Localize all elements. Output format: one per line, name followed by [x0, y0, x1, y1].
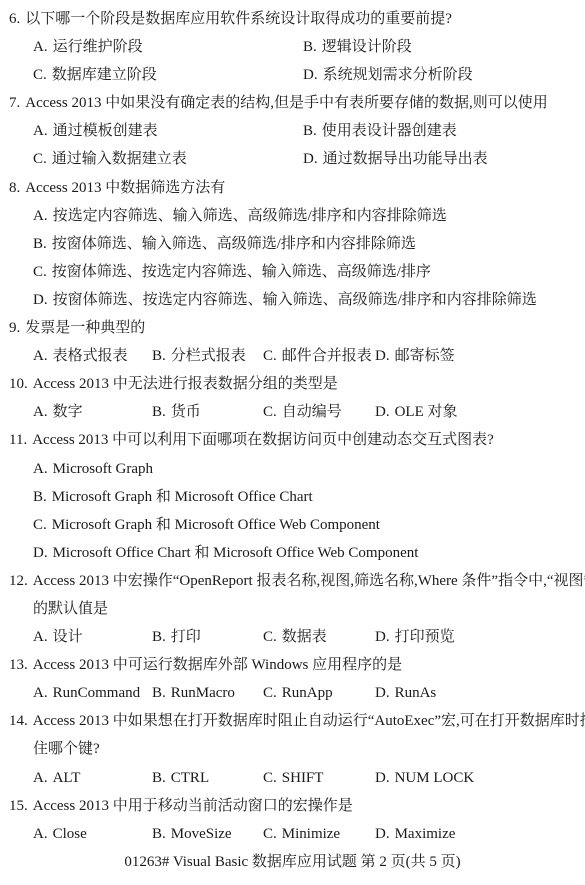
option-text: 数字: [53, 404, 83, 420]
option-text: Minimize: [282, 826, 340, 842]
option-label: A.: [33, 348, 48, 364]
question-number: 14.: [9, 713, 28, 729]
option-text: SHIFT: [282, 770, 324, 786]
question-12: 12.Access 2013 中宏操作“OpenReport 报表名称,视图,筛…: [0, 567, 585, 651]
option: A.表格式报表: [33, 342, 152, 370]
option: B.Microsoft Graph 和 Microsoft Office Cha…: [0, 483, 585, 511]
option-label: C.: [263, 404, 277, 420]
option: B.RunMacro: [152, 679, 263, 707]
question-text: Access 2013 中如果没有确定表的结构,但是手中有表所要存储的数据,则可…: [25, 95, 547, 111]
option-text: 自动编号: [282, 404, 342, 420]
question-stem: 10.Access 2013 中无法进行报表数据分组的类型是: [0, 370, 585, 398]
question-number: 7.: [9, 95, 20, 111]
option-text: 打印预览: [395, 629, 455, 645]
question-stem: 14.Access 2013 中如果想在打开数据库时阻止自动运行“AutoExe…: [0, 707, 585, 735]
question-number: 9.: [9, 320, 20, 336]
option-text: RunAs: [395, 685, 437, 701]
option-text: ALT: [53, 770, 81, 786]
question-11: 11.Access 2013 中可以利用下面哪项在数据访问页中创建动态交互式图表…: [0, 426, 585, 566]
option-label: C.: [263, 348, 277, 364]
option-label: A.: [33, 123, 48, 139]
option-text: 按窗体筛选、按选定内容筛选、输入筛选、高级筛选/排序和内容排除筛选: [53, 292, 537, 308]
option-text: RunApp: [282, 685, 333, 701]
option: B.逻辑设计阶段: [303, 33, 585, 61]
option: D.按窗体筛选、按选定内容筛选、输入筛选、高级筛选/排序和内容排除筛选: [0, 286, 585, 314]
option-text: Microsoft Graph 和 Microsoft Office Web C…: [52, 517, 380, 533]
option-text: 运行维护阶段: [53, 39, 143, 55]
question-15: 15.Access 2013 中用于移动当前活动窗口的宏操作是 A.Close …: [0, 792, 585, 848]
option: A.通过模板创建表: [33, 117, 303, 145]
question-9: 9.发票是一种典型的 A.表格式报表 B.分栏式报表 C.邮件合并报表 D.邮寄…: [0, 314, 585, 370]
question-stem: 8.Access 2013 中数据筛选方法有: [0, 174, 585, 202]
option-text: 货币: [171, 404, 201, 420]
option-label: A.: [33, 685, 48, 701]
option: B.CTRL: [152, 764, 263, 792]
option-label: B.: [33, 236, 47, 252]
question-number: 6.: [9, 11, 20, 27]
question-text: 以下哪一个阶段是数据库应用软件系统设计取得成功的重要前提?: [25, 11, 452, 27]
question-10: 10.Access 2013 中无法进行报表数据分组的类型是 A.数字 B.货币…: [0, 370, 585, 426]
question-number: 11.: [9, 432, 27, 448]
option: B.分栏式报表: [152, 342, 263, 370]
option-text: 通过模板创建表: [53, 123, 158, 139]
option: C.自动编号: [263, 398, 375, 426]
option-label: A.: [33, 208, 48, 224]
option-row: A.表格式报表 B.分栏式报表 C.邮件合并报表 D.邮寄标签: [0, 342, 585, 370]
question-7: 7.Access 2013 中如果没有确定表的结构,但是手中有表所要存储的数据,…: [0, 89, 585, 173]
option-text: RunMacro: [171, 685, 235, 701]
option-label: C.: [33, 67, 47, 83]
question-number: 10.: [9, 376, 28, 392]
option: C.邮件合并报表: [263, 342, 375, 370]
question-stem: 7.Access 2013 中如果没有确定表的结构,但是手中有表所要存储的数据,…: [0, 89, 585, 117]
option: A.按选定内容筛选、输入筛选、高级筛选/排序和内容排除筛选: [0, 202, 585, 230]
option-label: B.: [33, 489, 47, 505]
option: C.按窗体筛选、按选定内容筛选、输入筛选、高级筛选/排序: [0, 258, 585, 286]
option: A.设计: [33, 623, 152, 651]
option-text: 邮寄标签: [395, 348, 455, 364]
option: C.SHIFT: [263, 764, 375, 792]
option: C.Microsoft Graph 和 Microsoft Office Web…: [0, 511, 585, 539]
question-text: 住哪个键?: [33, 741, 100, 757]
option-text: 通过输入数据建立表: [52, 151, 187, 167]
question-stem: 15.Access 2013 中用于移动当前活动窗口的宏操作是: [0, 792, 585, 820]
option-row: A.设计 B.打印 C.数据表 D.打印预览: [0, 623, 585, 651]
option-text: 打印: [171, 629, 201, 645]
option-label: C.: [263, 770, 277, 786]
option-label: D.: [375, 826, 390, 842]
option-label: B.: [152, 348, 166, 364]
option-label: D.: [33, 545, 48, 561]
option: C.Minimize: [263, 820, 375, 848]
option: A.RunCommand: [33, 679, 152, 707]
option-label: C.: [33, 151, 47, 167]
option: D.系统规划需求分析阶段: [303, 61, 585, 89]
option-label: D.: [375, 404, 390, 420]
option-text: 数据表: [282, 629, 327, 645]
option-text: 逻辑设计阶段: [322, 39, 412, 55]
option: A.ALT: [33, 764, 152, 792]
question-text: Access 2013 中无法进行报表数据分组的类型是: [33, 376, 338, 392]
option: A.运行维护阶段: [33, 33, 303, 61]
option-label: D.: [303, 67, 318, 83]
question-8: 8.Access 2013 中数据筛选方法有 A.按选定内容筛选、输入筛选、高级…: [0, 174, 585, 314]
option-label: B.: [303, 123, 317, 139]
option: D.通过数据导出功能导出表: [303, 145, 585, 173]
option: B.按窗体筛选、输入筛选、高级筛选/排序和内容排除筛选: [0, 230, 585, 258]
option-text: 按窗体筛选、按选定内容筛选、输入筛选、高级筛选/排序: [52, 264, 431, 280]
option-label: C.: [33, 517, 47, 533]
question-14: 14.Access 2013 中如果想在打开数据库时阻止自动运行“AutoExe…: [0, 707, 585, 791]
option-text: Maximize: [395, 826, 456, 842]
option: D.NUM LOCK: [375, 764, 585, 792]
option-text: 表格式报表: [53, 348, 128, 364]
option-text: Microsoft Graph 和 Microsoft Office Chart: [52, 489, 313, 505]
question-text: Access 2013 中用于移动当前活动窗口的宏操作是: [33, 798, 353, 814]
question-stem-continued: 住哪个键?: [0, 735, 585, 763]
option: B.打印: [152, 623, 263, 651]
option-text: 系统规划需求分析阶段: [323, 67, 473, 83]
exam-page: 6.以下哪一个阶段是数据库应用软件系统设计取得成功的重要前提? A.运行维护阶段…: [0, 0, 585, 876]
question-stem: 9.发票是一种典型的: [0, 314, 585, 342]
option-label: D.: [375, 685, 390, 701]
option-text: Close: [53, 826, 87, 842]
option-text: 按窗体筛选、输入筛选、高级筛选/排序和内容排除筛选: [52, 236, 416, 252]
option-label: D.: [375, 629, 390, 645]
option-row: A.ALT B.CTRL C.SHIFT D.NUM LOCK: [0, 764, 585, 792]
option-label: B.: [152, 826, 166, 842]
option-label: C.: [263, 826, 277, 842]
option-row: A.RunCommand B.RunMacro C.RunApp D.RunAs: [0, 679, 585, 707]
option: C.数据库建立阶段: [33, 61, 303, 89]
page-footer: 01263# Visual Basic 数据库应用试题 第 2 页(共 5 页): [0, 848, 585, 876]
option-label: C.: [263, 685, 277, 701]
option: C.数据表: [263, 623, 375, 651]
question-13: 13.Access 2013 中可运行数据库外部 Windows 应用程序的是 …: [0, 651, 585, 707]
question-stem-continued: 的默认值是: [0, 595, 585, 623]
question-text: Access 2013 中数据筛选方法有: [25, 180, 225, 196]
option-label: C.: [33, 264, 47, 280]
option-label: A.: [33, 770, 48, 786]
option-text: 设计: [53, 629, 83, 645]
question-number: 12.: [9, 573, 28, 589]
option-row: A.Close B.MoveSize C.Minimize D.Maximize: [0, 820, 585, 848]
question-stem: 12.Access 2013 中宏操作“OpenReport 报表名称,视图,筛…: [0, 567, 585, 595]
option-row: A.通过模板创建表 B.使用表设计器创建表: [0, 117, 585, 145]
option: C.RunApp: [263, 679, 375, 707]
option-label: A.: [33, 404, 48, 420]
option: D.RunAs: [375, 679, 585, 707]
option: D.Microsoft Office Chart 和 Microsoft Off…: [0, 539, 585, 567]
option-label: B.: [152, 404, 166, 420]
option-text: CTRL: [171, 770, 209, 786]
option: A.Microsoft Graph: [0, 455, 585, 483]
question-stem: 6.以下哪一个阶段是数据库应用软件系统设计取得成功的重要前提?: [0, 5, 585, 33]
question-text: 的默认值是: [33, 601, 108, 617]
option-row: A.运行维护阶段 B.逻辑设计阶段: [0, 33, 585, 61]
option: B.货币: [152, 398, 263, 426]
option-text: RunCommand: [53, 685, 141, 701]
option-label: A.: [33, 629, 48, 645]
option-label: D.: [33, 292, 48, 308]
question-number: 15.: [9, 798, 28, 814]
option-text: 通过数据导出功能导出表: [323, 151, 488, 167]
option-row: A.数字 B.货币 C.自动编号 D.OLE 对象: [0, 398, 585, 426]
option-label: A.: [33, 461, 48, 477]
option-text: MoveSize: [171, 826, 232, 842]
option-label: B.: [303, 39, 317, 55]
question-stem: 11.Access 2013 中可以利用下面哪项在数据访问页中创建动态交互式图表…: [0, 426, 585, 454]
question-text: Access 2013 中宏操作“OpenReport 报表名称,视图,筛选名称…: [33, 573, 585, 589]
option: D.邮寄标签: [375, 342, 585, 370]
option-text: 邮件合并报表: [282, 348, 372, 364]
question-stem: 13.Access 2013 中可运行数据库外部 Windows 应用程序的是: [0, 651, 585, 679]
option: B.MoveSize: [152, 820, 263, 848]
option-text: Microsoft Graph: [53, 461, 153, 477]
option-label: D.: [375, 770, 390, 786]
option-label: D.: [303, 151, 318, 167]
option: C.通过输入数据建立表: [33, 145, 303, 173]
option-label: D.: [375, 348, 390, 364]
option-label: A.: [33, 826, 48, 842]
option-label: A.: [33, 39, 48, 55]
option-text: 按选定内容筛选、输入筛选、高级筛选/排序和内容排除筛选: [53, 208, 447, 224]
option: A.Close: [33, 820, 152, 848]
option-text: Microsoft Office Chart 和 Microsoft Offic…: [53, 545, 419, 561]
question-number: 8.: [9, 180, 20, 196]
option-label: B.: [152, 685, 166, 701]
option-text: OLE 对象: [395, 404, 458, 420]
option-label: B.: [152, 629, 166, 645]
question-text: Access 2013 中可以利用下面哪项在数据访问页中创建动态交互式图表?: [32, 432, 494, 448]
option-text: 使用表设计器创建表: [322, 123, 457, 139]
option: B.使用表设计器创建表: [303, 117, 585, 145]
option-text: 数据库建立阶段: [52, 67, 157, 83]
option: D.Maximize: [375, 820, 585, 848]
option-label: C.: [263, 629, 277, 645]
option-text: 分栏式报表: [171, 348, 246, 364]
option-label: B.: [152, 770, 166, 786]
question-6: 6.以下哪一个阶段是数据库应用软件系统设计取得成功的重要前提? A.运行维护阶段…: [0, 5, 585, 89]
option: D.OLE 对象: [375, 398, 585, 426]
option: D.打印预览: [375, 623, 585, 651]
option-row: C.通过输入数据建立表 D.通过数据导出功能导出表: [0, 145, 585, 173]
question-text: Access 2013 中如果想在打开数据库时阻止自动运行“AutoExec”宏…: [33, 713, 585, 729]
option: A.数字: [33, 398, 152, 426]
question-text: Access 2013 中可运行数据库外部 Windows 应用程序的是: [33, 657, 402, 673]
option-row: C.数据库建立阶段 D.系统规划需求分析阶段: [0, 61, 585, 89]
question-text: 发票是一种典型的: [25, 320, 145, 336]
question-number: 13.: [9, 657, 28, 673]
option-text: NUM LOCK: [395, 770, 475, 786]
